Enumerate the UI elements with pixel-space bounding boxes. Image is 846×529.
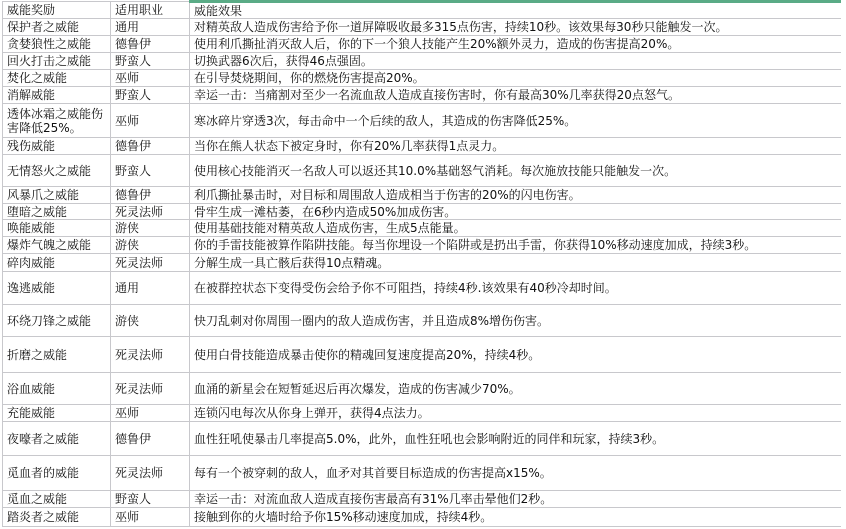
- cell-class[interactable]: 野蛮人: [111, 491, 190, 508]
- cell-power-name[interactable]: 充能威能: [3, 405, 111, 422]
- cell-power-name[interactable]: 透体冰霜之威能伤害降低25%。: [3, 104, 111, 138]
- table-row: 风暴爪之威能德鲁伊利爪撕扯暴击时，对目标和周围敌人造成相当于伤害的20%的闪电伤…: [3, 187, 842, 204]
- header-class[interactable]: 适用职业: [111, 2, 190, 19]
- cell-class[interactable]: 巫师: [111, 70, 190, 87]
- cell-power-name[interactable]: 踏炎者之威能: [3, 508, 111, 527]
- table-row: 逸逃威能通用在被群控状态下变得受伤会给予你不可阻挡，持续4秒.该效果有40秒冷却…: [3, 272, 842, 305]
- table-row: 残伤威能德鲁伊当你在熊人状态下被定身时，你有20%几率获得1点灵力。: [3, 138, 842, 155]
- cell-power-name[interactable]: 唤能威能: [3, 220, 111, 237]
- sheet-right-margin: [841, 0, 846, 529]
- table-row: 保护者之威能通用对精英敌人造成伤害给予你一道屏障吸收最多315点伤害，持续10秒…: [3, 19, 842, 36]
- cell-effect[interactable]: 使用基础技能对精英敌人造成伤害，生成5点能量。: [190, 220, 842, 237]
- cell-class[interactable]: 通用: [111, 19, 190, 36]
- table-row: 充能威能巫师连锁闪电每次从你身上弹开，获得4点法力。: [3, 405, 842, 422]
- cell-power-name[interactable]: 消解威能: [3, 87, 111, 104]
- legendary-power-table: 威能奖励 适用职业 威能效果 保护者之威能通用对精英敌人造成伤害给予你一道屏障吸…: [2, 0, 842, 527]
- table-row: 唤能威能游侠使用基础技能对精英敌人造成伤害，生成5点能量。: [3, 220, 842, 237]
- cell-effect[interactable]: 当你在熊人状态下被定身时，你有20%几率获得1点灵力。: [190, 138, 842, 155]
- cell-power-name[interactable]: 折磨之威能: [3, 337, 111, 373]
- cell-effect[interactable]: 分解生成一具亡骸后获得10点精魂。: [190, 254, 842, 272]
- cell-effect[interactable]: 连锁闪电每次从你身上弹开，获得4点法力。: [190, 405, 842, 422]
- cell-effect[interactable]: 每有一个被穿刺的敌人，血矛对其首要目标造成的伤害提高x15%。: [190, 456, 842, 491]
- cell-power-name[interactable]: 碎肉威能: [3, 254, 111, 272]
- table-row: 爆炸气魄之威能游侠你的手雷技能被算作陷阱技能。每当你埋设一个陷阱或是扔出手雷，你…: [3, 237, 842, 254]
- cell-class[interactable]: 游侠: [111, 220, 190, 237]
- cell-effect[interactable]: 在被群控状态下变得受伤会给予你不可阻挡，持续4秒.该效果有40秒冷却时间。: [190, 272, 842, 305]
- cell-power-name[interactable]: 觅血者的威能: [3, 456, 111, 491]
- cell-class[interactable]: 德鲁伊: [111, 187, 190, 204]
- cell-class[interactable]: 野蛮人: [111, 53, 190, 70]
- cell-class[interactable]: 死灵法师: [111, 204, 190, 220]
- cell-power-name[interactable]: 浴血威能: [3, 373, 111, 405]
- cell-effect[interactable]: 使用利爪撕扯消灭敌人后，你的下一个狼人技能产生20%额外灵力，造成的伤害提高20…: [190, 36, 842, 53]
- cell-effect[interactable]: 骨牢生成一滩枯萎，在6秒内造成50%加成伤害。: [190, 204, 842, 220]
- cell-effect[interactable]: 幸运一击：对流血敌人造成直接伤害最高有31%几率击晕他们2秒。: [190, 491, 842, 508]
- cell-power-name[interactable]: 风暴爪之威能: [3, 187, 111, 204]
- cell-class[interactable]: 野蛮人: [111, 155, 190, 187]
- cell-power-name[interactable]: 残伤威能: [3, 138, 111, 155]
- cell-power-name[interactable]: 焚化之威能: [3, 70, 111, 87]
- cell-class[interactable]: 死灵法师: [111, 337, 190, 373]
- cell-class[interactable]: 巫师: [111, 508, 190, 527]
- table-row: 无情怒火之威能野蛮人使用核心技能消灭一名敌人可以返还其10.0%基础怒气消耗。每…: [3, 155, 842, 187]
- cell-power-name[interactable]: 堕暗之威能: [3, 204, 111, 220]
- cell-power-name[interactable]: 环绕刀锋之威能: [3, 305, 111, 337]
- cell-class[interactable]: 死灵法师: [111, 254, 190, 272]
- table-row: 浴血威能死灵法师血涌的新星会在短暂延迟后再次爆发，造成的伤害减少70%。: [3, 373, 842, 405]
- table-row: 透体冰霜之威能伤害降低25%。巫师寒冰碎片穿透3次，每击命中一个后续的敌人，其造…: [3, 104, 842, 138]
- table-row: 堕暗之威能死灵法师骨牢生成一滩枯萎，在6秒内造成50%加成伤害。: [3, 204, 842, 220]
- cell-effect[interactable]: 寒冰碎片穿透3次，每击命中一个后续的敌人，其造成的伤害降低25%。: [190, 104, 842, 138]
- cell-class[interactable]: 游侠: [111, 305, 190, 337]
- cell-effect[interactable]: 接触到你的火墙时给予你15%移动速度加成，持续4秒。: [190, 508, 842, 527]
- cell-effect[interactable]: 使用核心技能消灭一名敌人可以返还其10.0%基础怒气消耗。每次施放技能只能触发一…: [190, 155, 842, 187]
- header-effect[interactable]: 威能效果: [190, 2, 842, 19]
- spreadsheet: 威能奖励 适用职业 威能效果 保护者之威能通用对精英敌人造成伤害给予你一道屏障吸…: [0, 0, 846, 529]
- header-row: 威能奖励 适用职业 威能效果: [3, 2, 842, 19]
- cell-power-name[interactable]: 逸逃威能: [3, 272, 111, 305]
- cell-effect[interactable]: 幸运一击：当痛割对至少一名流血敌人造成直接伤害时，你有最高30%几率获得20点怒…: [190, 87, 842, 104]
- cell-effect[interactable]: 你的手雷技能被算作陷阱技能。每当你埋设一个陷阱或是扔出手雷，你获得10%移动速度…: [190, 237, 842, 254]
- cell-effect[interactable]: 利爪撕扯暴击时，对目标和周围敌人造成相当于伤害的20%的闪电伤害。: [190, 187, 842, 204]
- cell-effect[interactable]: 在引导焚烧期间，你的燃烧伤害提高20%。: [190, 70, 842, 87]
- cell-effect[interactable]: 使用白骨技能造成暴击使你的精魂回复速度提高20%，持续4秒。: [190, 337, 842, 373]
- cell-class[interactable]: 德鲁伊: [111, 138, 190, 155]
- cell-class[interactable]: 死灵法师: [111, 373, 190, 405]
- table-row: 觅血者的威能死灵法师每有一个被穿刺的敌人，血矛对其首要目标造成的伤害提高x15%…: [3, 456, 842, 491]
- cell-effect[interactable]: 对精英敌人造成伤害给予你一道屏障吸收最多315点伤害，持续10秒。该效果每30秒…: [190, 19, 842, 36]
- cell-power-name[interactable]: 贪婪狼性之威能: [3, 36, 111, 53]
- cell-class[interactable]: 巫师: [111, 104, 190, 138]
- cell-power-name[interactable]: 保护者之威能: [3, 19, 111, 36]
- cell-class[interactable]: 德鲁伊: [111, 36, 190, 53]
- table-row: 踏炎者之威能巫师接触到你的火墙时给予你15%移动速度加成，持续4秒。: [3, 508, 842, 527]
- cell-power-name[interactable]: 无情怒火之威能: [3, 155, 111, 187]
- cell-class[interactable]: 游侠: [111, 237, 190, 254]
- cell-power-name[interactable]: 觅血之威能: [3, 491, 111, 508]
- cell-class[interactable]: 死灵法师: [111, 456, 190, 491]
- table-row: 夜嚎者之威能德鲁伊血性狂吼使暴击几率提高5.0%，此外，血性狂吼也会影响附近的同…: [3, 422, 842, 456]
- table-row: 回火打击之威能野蛮人切换武器6次后，获得46点强固。: [3, 53, 842, 70]
- cell-class[interactable]: 通用: [111, 272, 190, 305]
- cell-power-name[interactable]: 回火打击之威能: [3, 53, 111, 70]
- cell-class[interactable]: 野蛮人: [111, 87, 190, 104]
- table-row: 消解威能野蛮人幸运一击：当痛割对至少一名流血敌人造成直接伤害时，你有最高30%几…: [3, 87, 842, 104]
- table-row: 折磨之威能死灵法师使用白骨技能造成暴击使你的精魂回复速度提高20%，持续4秒。: [3, 337, 842, 373]
- table-row: 觅血之威能野蛮人幸运一击：对流血敌人造成直接伤害最高有31%几率击晕他们2秒。: [3, 491, 842, 508]
- table-row: 焚化之威能巫师在引导焚烧期间，你的燃烧伤害提高20%。: [3, 70, 842, 87]
- cell-power-name[interactable]: 夜嚎者之威能: [3, 422, 111, 456]
- header-power-name[interactable]: 威能奖励: [3, 2, 111, 19]
- cell-effect[interactable]: 切换武器6次后，获得46点强固。: [190, 53, 842, 70]
- cell-effect[interactable]: 血涌的新星会在短暂延迟后再次爆发，造成的伤害减少70%。: [190, 373, 842, 405]
- table-row: 碎肉威能死灵法师分解生成一具亡骸后获得10点精魂。: [3, 254, 842, 272]
- table-row: 贪婪狼性之威能德鲁伊使用利爪撕扯消灭敌人后，你的下一个狼人技能产生20%额外灵力…: [3, 36, 842, 53]
- cell-class[interactable]: 德鲁伊: [111, 422, 190, 456]
- cell-class[interactable]: 巫师: [111, 405, 190, 422]
- cell-effect[interactable]: 快刀乱刺对你周围一圈内的敌人造成伤害，并且造成8%增伤伤害。: [190, 305, 842, 337]
- cell-power-name[interactable]: 爆炸气魄之威能: [3, 237, 111, 254]
- cell-effect[interactable]: 血性狂吼使暴击几率提高5.0%，此外，血性狂吼也会影响附近的同伴和玩家，持续3秒…: [190, 422, 842, 456]
- table-row: 环绕刀锋之威能游侠快刀乱刺对你周围一圈内的敌人造成伤害，并且造成8%增伤伤害。: [3, 305, 842, 337]
